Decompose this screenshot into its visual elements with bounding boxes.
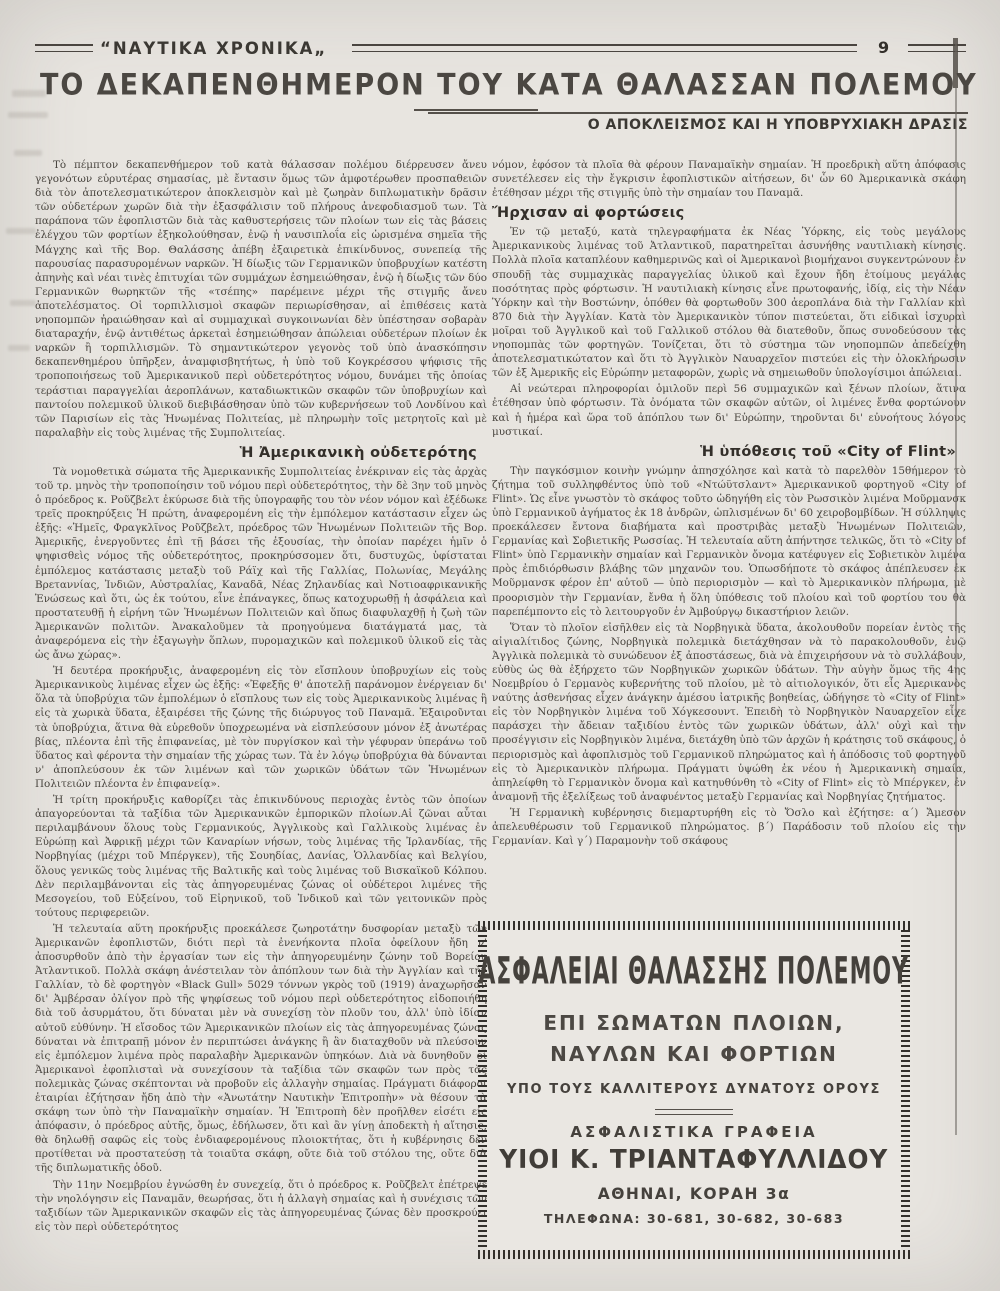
scan-artifact (8, 345, 30, 351)
article-headline: ΤΟ ΔΕΚΑΠΕΝΘΗΜΕΡΟΝ ΤΟΥ ΚΑΤΑ ΘΑΛΑΣΣΑΝ ΠΟΛΕ… (40, 69, 940, 102)
scan-artifact (10, 300, 36, 306)
ad-divider-rule (655, 1109, 733, 1115)
page-number: 9 (878, 38, 889, 57)
left-column: Τὸ πέμπτον δεκαπενθήμερον τοῦ κατὰ θάλασ… (35, 158, 487, 1274)
ad-display-title: ΑΣΦΑΛΕΙΑΙ ΘΑΛΑΣΣΗΣ ΠΟΛΕΜΟΥ (479, 949, 909, 993)
ad-content: ΑΣΦΑΛΕΙΑΙ ΘΑΛΑΣΣΗΣ ΠΟΛΕΜΟΥ ΕΠΙ ΣΩΜΑΤΩΝ Π… (487, 930, 901, 1250)
ad-company-name: ΥΙΟΙ Κ. ΤΡΙΑΝΤΑΦΥΛΛΙΔΟΥ (499, 1145, 888, 1175)
section-heading-american-neutrality: Ἡ Ἀμερικανικὴ οὐδετερότης (35, 444, 487, 462)
masthead-rule-center (352, 44, 857, 52)
body-paragraph: νόμον, ἐφόσον τὰ πλοῖα θὰ φέρουν Παναμαϊ… (492, 158, 966, 200)
body-paragraph: Τὴν παγκόσμιον κοινὴν γνώμην ἀπησχόλησε … (492, 464, 966, 619)
body-paragraph: Τὰ νομοθετικὰ σώματα τῆς Ἀμερικανικῆς Συ… (35, 465, 487, 662)
body-paragraph: Ἡ δευτέρα προκήρυξις, ἀναφερομένη εἰς τὸ… (35, 664, 487, 791)
ad-terms-line: ΥΠΟ ΤΟΥΣ ΚΑΛΛΙΤΕΡΟΥΣ ΔΥΝΑΤΟΥΣ ΟΡΟΥΣ (507, 1082, 881, 1097)
ad-subtitle-line: ΝΑΥΛΩΝ ΚΑΙ ΦΟΡΤΙΩΝ (550, 1042, 838, 1066)
ad-phone-numbers: ΤΗΛΕΦΩΝΑ: 30-681, 30-682, 30-683 (544, 1211, 844, 1226)
body-paragraph: Τὸ πέμπτον δεκαπενθήμερον τοῦ κατὰ θάλασ… (35, 158, 487, 440)
scan-artifact (14, 150, 42, 156)
subheadline-rule (428, 112, 968, 114)
headline-underline (414, 109, 538, 111)
scan-artifact (8, 112, 48, 118)
body-paragraph: Τὴν 11ην Νοεμβρίου ἐγνώσθη ἐν συνεχείᾳ, … (35, 1178, 487, 1234)
ad-border-bottom (478, 1250, 910, 1259)
masthead-row: “ΝΑΥΤΙΚΑ ΧΡΟΝΙΚΑ„ 9 (0, 38, 1000, 62)
article-subheadline: Ο ΑΠΟΚΛΕΙΣΜΟΣ ΚΑΙ Η ΥΠΟΒΡΥΧΙΑΚΗ ΔΡΑΣΙΣ (428, 117, 968, 133)
body-paragraph: Ἐν τῷ μεταξύ, κατὰ τηλεγραφήματα ἐκ Νέας… (492, 225, 966, 380)
body-paragraph: Ἡ τρίτη προκήρυξις καθορίζει τὰς ἐπικινδ… (35, 793, 487, 920)
body-paragraph: Αἱ νεώτεραι πληροφορίαι ὁμιλοῦν περὶ 56 … (492, 382, 966, 438)
body-paragraph: Ἡ τελευταία αὕτη προκήρυξις προεκάλεσε ζ… (35, 922, 487, 1176)
advertisement-box: ΑΣΦΑΛΕΙΑΙ ΘΑΛΑΣΣΗΣ ΠΟΛΕΜΟΥ ΕΠΙ ΣΩΜΑΤΩΝ Π… (478, 921, 910, 1259)
section-heading-loadings-began: Ἤρχισαν αἱ φορτώσεις (492, 204, 966, 222)
body-paragraph: Ὅταν τὸ πλοῖον εἰσῆλθεν εἰς τὰ Νορβηγικὰ… (492, 621, 966, 804)
magazine-page: “ΝΑΥΤΙΚΑ ΧΡΟΝΙΚΑ„ 9 ΤΟ ΔΕΚΑΠΕΝΘΗΜΕΡΟΝ ΤΟ… (0, 0, 1000, 1291)
ad-address: ΑΘΗΝΑΙ, ΚΟΡΑΗ 3α (598, 1185, 791, 1203)
scan-edge-line (955, 40, 957, 1135)
section-heading-city-of-flint: Ἡ ὑπόθεσις τοῦ «City of Flint» (492, 443, 966, 461)
scan-artifact (6, 228, 36, 234)
ad-border-top (478, 921, 910, 930)
ad-offices-label: ΑΣΦΑΛΙΣΤΙΚΑ ΓΡΑΦΕΙΑ (570, 1123, 817, 1141)
publication-title: “ΝΑΥΤΙΚΑ ΧΡΟΝΙΚΑ„ (100, 39, 327, 58)
right-column: νόμον, ἐφόσον τὰ πλοῖα θὰ φέρουν Παναμαϊ… (492, 158, 966, 918)
masthead-rule-left (35, 44, 93, 52)
body-paragraph: Ἡ Γερμανικὴ κυβέρνησις διεμαρτυρήθη εἰς … (492, 806, 966, 848)
ad-subtitle-line: ΕΠΙ ΣΩΜΑΤΩΝ ΠΛΟΙΩΝ, (543, 1011, 844, 1035)
